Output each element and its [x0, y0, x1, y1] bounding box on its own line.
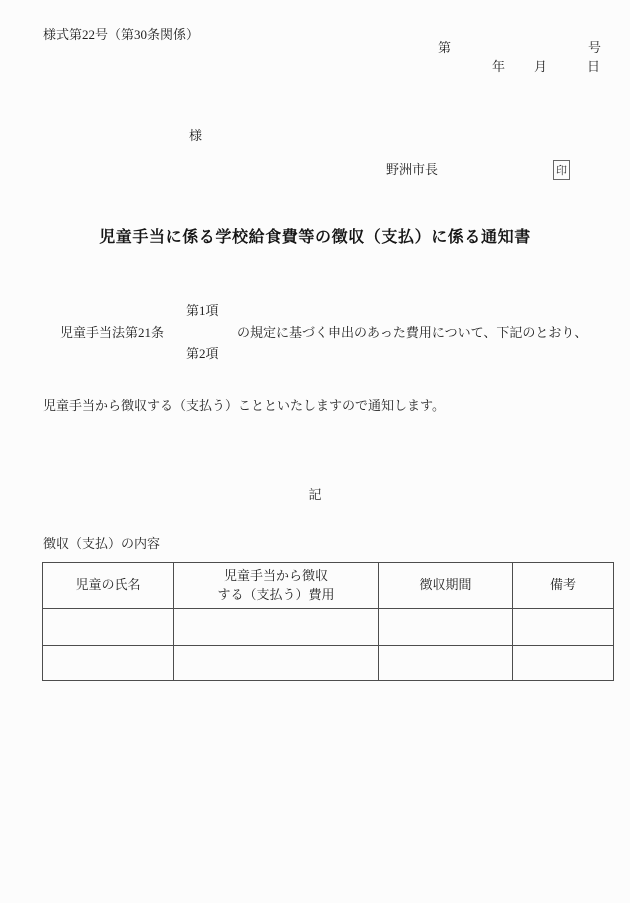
- date-year-label: 年: [492, 59, 505, 75]
- header-remarks: 備考: [513, 563, 614, 609]
- cell-remarks: [513, 646, 614, 681]
- seal-character: 印: [556, 162, 567, 178]
- addressee-honorific: 様: [189, 128, 202, 144]
- date-month-label: 月: [534, 59, 547, 75]
- header-deducted-cost: 児童手当から徴収 する（支払う）費用: [174, 563, 379, 609]
- law-reference: 児童手当法第21条: [60, 325, 164, 341]
- notice-text: 児童手当から徴収する（支払う）ことといたしますので通知します。: [43, 398, 445, 414]
- issuer-name: 野洲市長: [386, 162, 438, 178]
- doc-number-prefix: 第: [438, 40, 451, 56]
- cell-child-name: [43, 609, 174, 646]
- document-page: 様式第22号（第30条関係） 第 号 年 月 日 様 野洲市長 印 児童手当に係…: [0, 0, 630, 903]
- header-deducted-cost-line2: する（支払う）費用: [217, 587, 334, 602]
- table-header-row: 児童の氏名 児童手当から徴収 する（支払う）費用 徴収期間 備考: [43, 563, 614, 609]
- cell-collection-period: [379, 609, 513, 646]
- form-number: 様式第22号（第30条関係）: [43, 27, 199, 43]
- collection-table: 児童の氏名 児童手当から徴収 する（支払う）費用 徴収期間 備考: [42, 562, 614, 681]
- table-row: [43, 646, 614, 681]
- table-caption: 徴収（支払）の内容: [43, 536, 160, 552]
- cell-child-name: [43, 646, 174, 681]
- doc-number-suffix: 号: [588, 40, 601, 56]
- cell-collection-period: [379, 646, 513, 681]
- cell-remarks: [513, 609, 614, 646]
- header-collection-period: 徴収期間: [379, 563, 513, 609]
- cell-deducted-cost: [174, 609, 379, 646]
- header-child-name: 児童の氏名: [43, 563, 174, 609]
- clause-option-2: 第2項: [186, 346, 219, 362]
- document-title: 児童手当に係る学校給食費等の徴収（支払）に係る通知書: [0, 224, 630, 247]
- clause-text: の規定に基づく申出のあった費用について、下記のとおり、: [237, 325, 587, 341]
- header-deducted-cost-line1: 児童手当から徴収: [224, 568, 328, 583]
- clause-option-1: 第1項: [186, 303, 219, 319]
- cell-deducted-cost: [174, 646, 379, 681]
- record-marker: 記: [0, 484, 630, 503]
- date-day-label: 日: [587, 59, 600, 75]
- seal-placeholder: 印: [553, 160, 570, 180]
- table-row: [43, 609, 614, 646]
